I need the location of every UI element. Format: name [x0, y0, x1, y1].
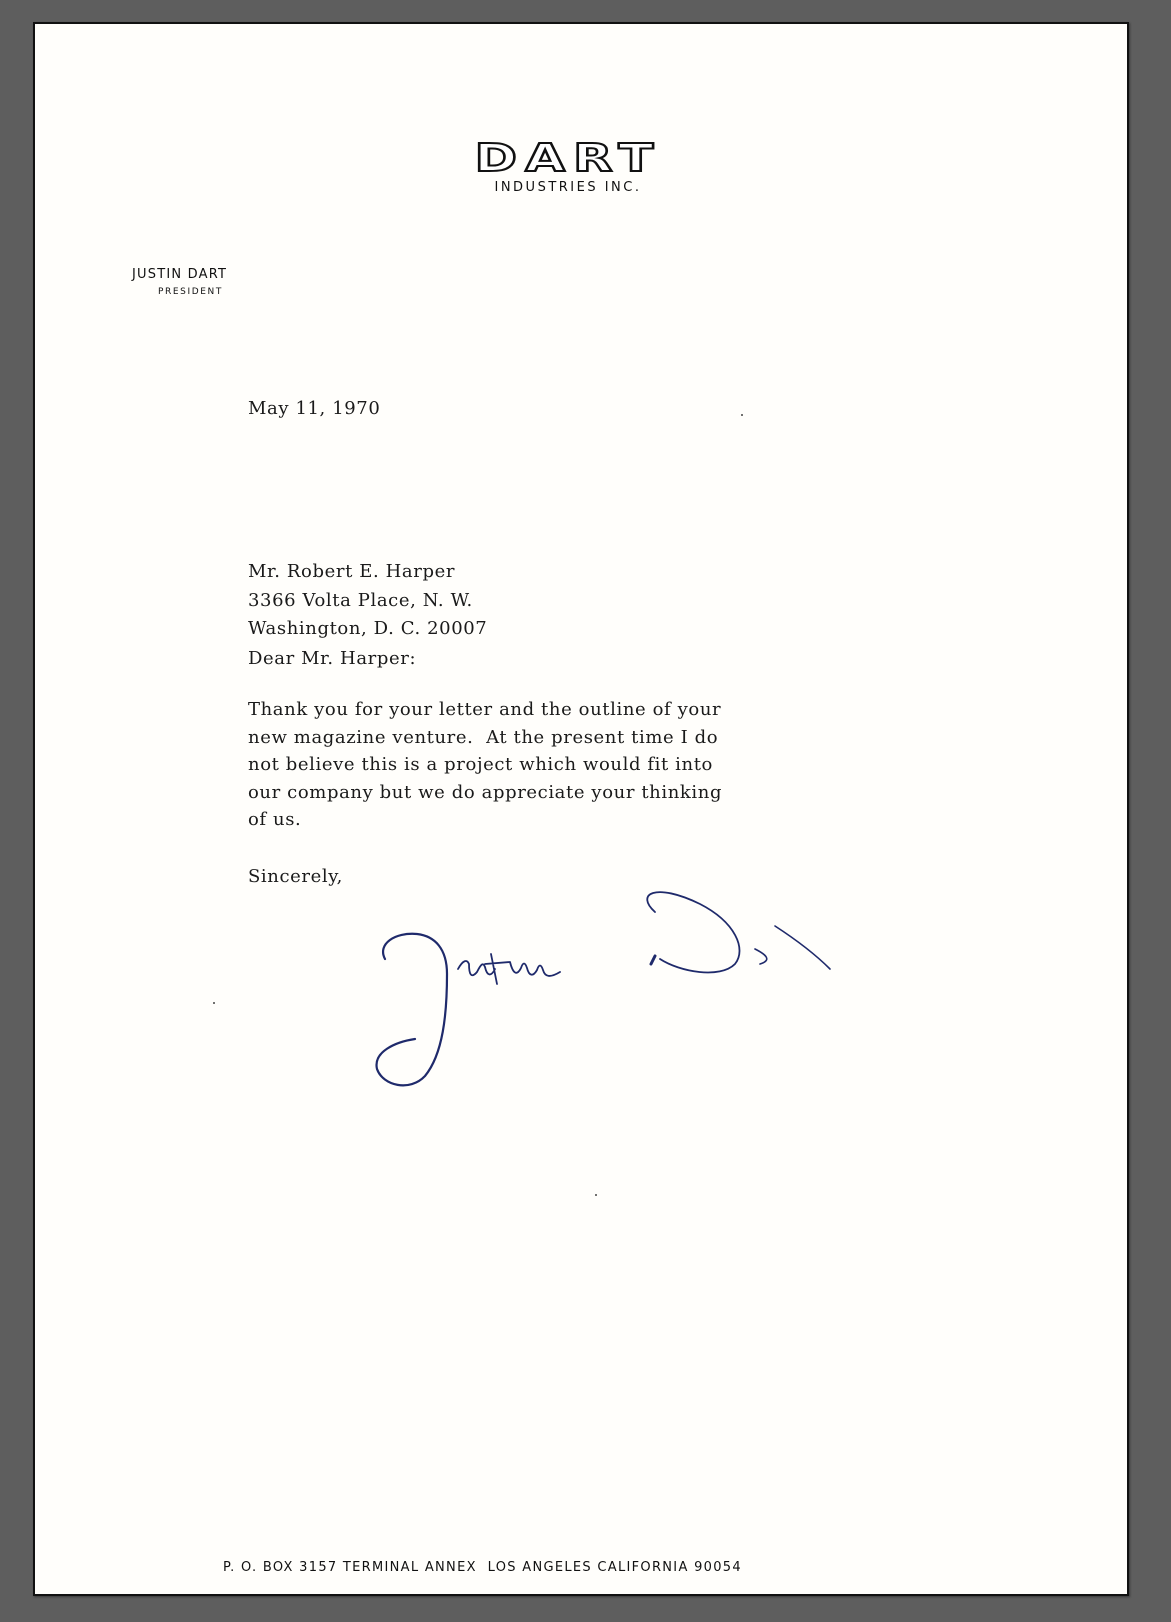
- letter-page: DART INDUSTRIES INC. JUSTIN DART PRESIDE…: [33, 22, 1129, 1596]
- body-line: new magazine venture. At the present tim…: [248, 724, 888, 752]
- salutation: Dear Mr. Harper:: [248, 648, 416, 669]
- letter-body: Thank you for your letter and the outlin…: [248, 696, 888, 834]
- paper-speck: [741, 414, 743, 416]
- logo-subtitle: INDUSTRIES INC.: [448, 180, 688, 195]
- recipient-city: Washington, D. C. 20007: [248, 615, 487, 644]
- recipient-street: 3366 Volta Place, N. W.: [248, 587, 487, 616]
- body-line: our company but we do appreciate your th…: [248, 779, 888, 807]
- company-logo: DART INDUSTRIES INC.: [448, 138, 688, 195]
- paper-speck: [595, 1194, 597, 1196]
- recipient-name: Mr. Robert E. Harper: [248, 558, 487, 587]
- recipient-address: Mr. Robert E. Harper 3366 Volta Place, N…: [248, 558, 487, 644]
- executive-name: JUSTIN DART: [132, 267, 227, 282]
- executive-title: PRESIDENT: [158, 287, 223, 297]
- body-line: of us.: [248, 806, 888, 834]
- signature-icon: [355, 864, 855, 1094]
- paper-speck: [213, 1002, 215, 1004]
- logo-wordmark: DART: [406, 138, 730, 178]
- closing: Sincerely,: [248, 866, 343, 887]
- footer-address: P. O. BOX 3157 TERMINAL ANNEX LOS ANGELE…: [223, 1560, 742, 1575]
- letter-date: May 11, 1970: [248, 398, 380, 419]
- body-line: Thank you for your letter and the outlin…: [248, 696, 888, 724]
- body-line: not believe this is a project which woul…: [248, 751, 888, 779]
